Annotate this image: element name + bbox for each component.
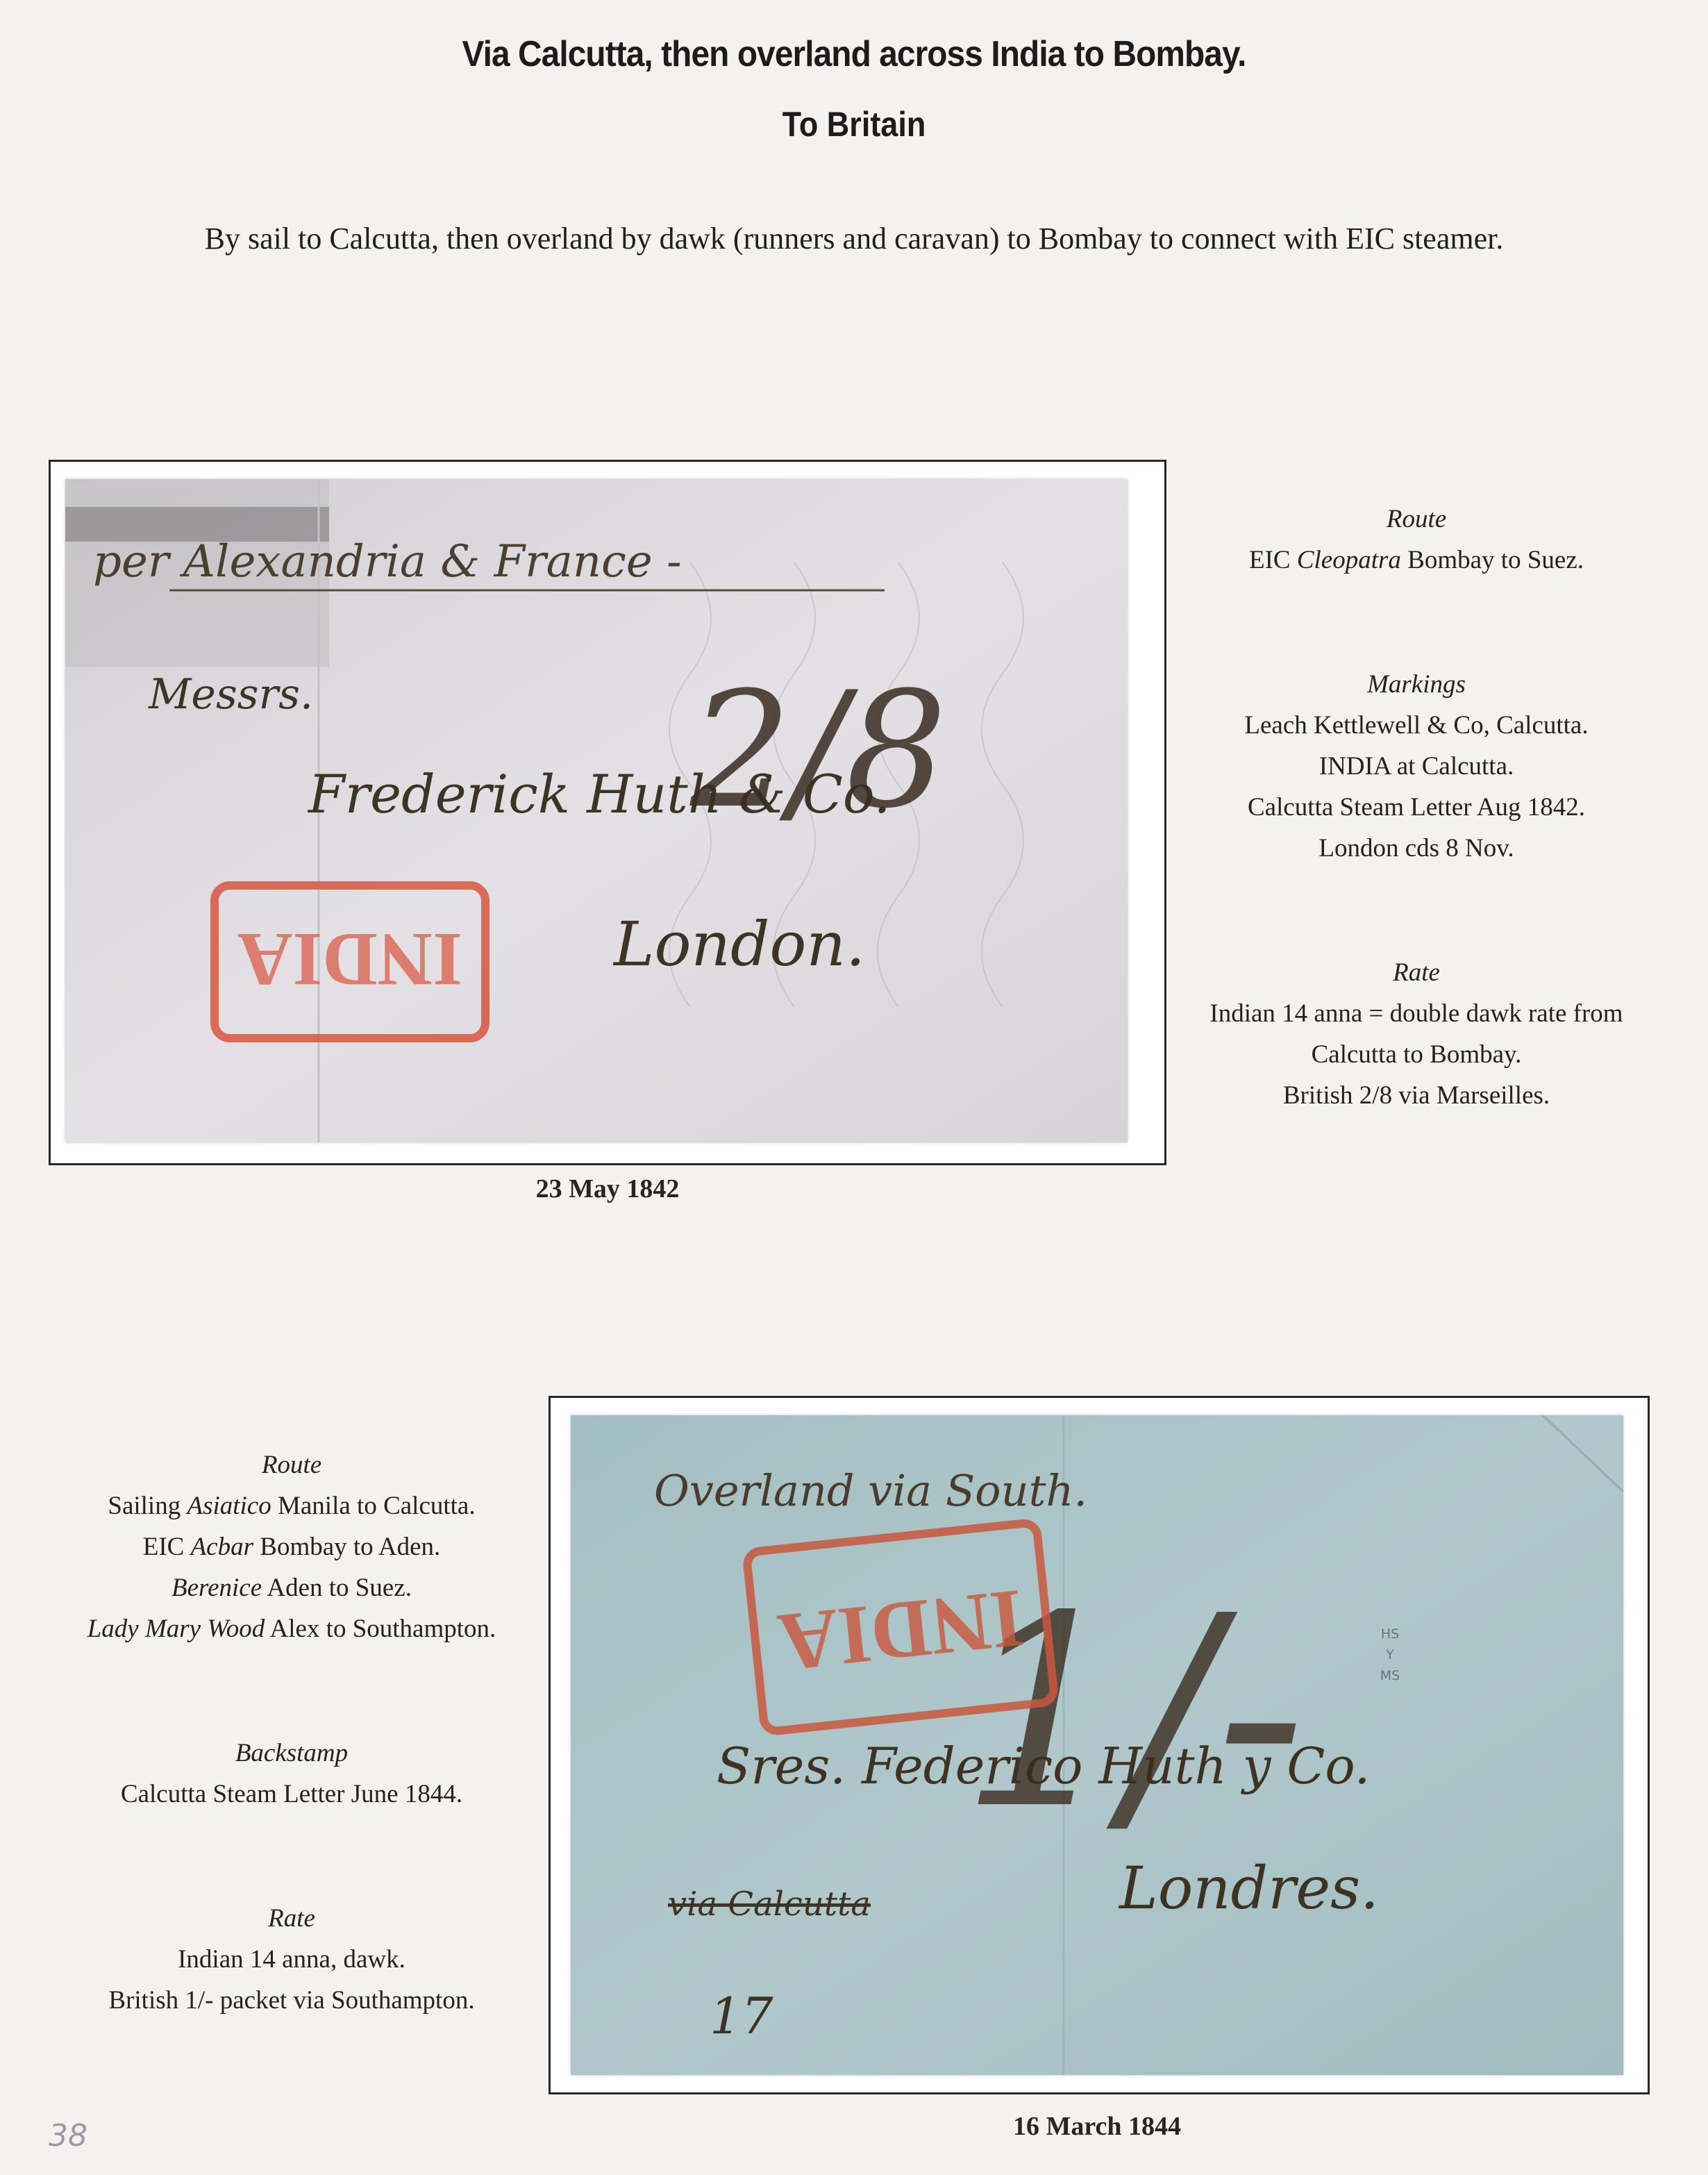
cover-1-image[interactable]: per Alexandria & France - Messrs. Freder…	[65, 479, 1128, 1142]
notes-text: Indian 14 anna, dawk.	[178, 1945, 405, 1974]
cover-1-artwork: per Alexandria & France - Messrs. Freder…	[65, 479, 1128, 1142]
svg-text:2/8: 2/8	[689, 658, 947, 844]
notes-text: INDIA at Calcutta.	[1319, 752, 1514, 781]
pencil-mark: MS	[1369, 1665, 1411, 1686]
notes-line: Calcutta to Bombay.	[1166, 1034, 1666, 1075]
cover-2-image[interactable]: Overland via South. 17 via Calcutta Sres…	[571, 1415, 1623, 2075]
notes-text: Calcutta Steam Letter June 1844.	[121, 1780, 462, 1808]
notes-line: Indian 14 anna = double dawk rate from	[1166, 993, 1666, 1034]
notes-heading-route: Route	[1166, 499, 1666, 540]
notes-line: EIC Acbar Bombay to Aden.	[42, 1526, 542, 1567]
page-number: 38	[49, 2118, 87, 2153]
cover-2-artwork: Overland via South. 17 via Calcutta Sres…	[571, 1415, 1623, 2075]
notes-line: Sailing Asiatico Manila to Calcutta.	[42, 1485, 542, 1526]
pencil-mark: Y	[1369, 1644, 1411, 1665]
notes-text: Sailing	[108, 1492, 187, 1520]
cover-2-date-caption: 16 March 1844	[903, 2111, 1291, 2142]
svg-text:Overland via South.: Overland via South.	[654, 1465, 1087, 1516]
notes-line: Lady Mary Wood Alex to Southampton.	[42, 1608, 542, 1649]
notes-line: Indian 14 anna, dawk.	[42, 1939, 542, 1980]
notes-heading-rate: Rate	[1166, 952, 1666, 993]
section-gap	[1166, 581, 1666, 664]
ship-name: Asiatico	[187, 1492, 271, 1520]
notes-text: Aden to Suez.	[262, 1574, 412, 1602]
notes-text: Leach Kettlewell & Co, Calcutta.	[1244, 711, 1588, 740]
notes-line: Calcutta Steam Letter Aug 1842.	[1166, 787, 1666, 828]
notes-text: Calcutta Steam Letter Aug 1842.	[1248, 793, 1585, 822]
notes-line: British 2/8 via Marseilles.	[1166, 1075, 1666, 1116]
page-title: Via Calcutta, then overland across India…	[68, 33, 1639, 75]
section-gap	[42, 1649, 542, 1733]
notes-line: Berenice Aden to Suez.	[42, 1567, 542, 1608]
ship-name: Acbar	[191, 1533, 253, 1561]
svg-text:INDIA: INDIA	[237, 917, 462, 1002]
notes-text: EIC	[143, 1533, 191, 1561]
notes-heading-backstamp: Backstamp	[42, 1733, 542, 1774]
section-gap	[1166, 869, 1666, 952]
notes-line: Calcutta Steam Letter June 1844.	[42, 1774, 542, 1815]
ship-name: Cleopatra	[1297, 546, 1401, 574]
svg-text:Messrs.: Messrs.	[148, 670, 313, 719]
notes-text: Alex to Southampton.	[265, 1615, 496, 1643]
notes-line: EIC Cleopatra Bombay to Suez.	[1166, 540, 1666, 581]
notes-text: Calcutta to Bombay.	[1312, 1040, 1522, 1069]
notes-text: British 1/- packet via Southampton.	[108, 1986, 474, 2015]
notes-text: EIC	[1249, 546, 1297, 574]
section-gap	[42, 1815, 542, 1898]
notes-heading-markings: Markings	[1166, 664, 1666, 705]
cover-1-date-caption: 23 May 1842	[417, 1174, 798, 1204]
notes-heading-route: Route	[42, 1444, 542, 1485]
svg-text:per Alexandria & France -: per Alexandria & France -	[93, 536, 682, 587]
svg-text:17: 17	[710, 1987, 773, 2045]
notes-text: Bombay to Aden.	[253, 1533, 440, 1561]
notes-line: British 1/- packet via Southampton.	[42, 1980, 542, 2021]
svg-text:London.: London.	[612, 908, 865, 980]
notes-line: INDIA at Calcutta.	[1166, 746, 1666, 787]
notes-text: Bombay to Suez.	[1401, 546, 1584, 574]
notes-text: British 2/8 via Marseilles.	[1283, 1081, 1550, 1110]
cover-2-pencil-notes: HSYMS	[1369, 1624, 1411, 1686]
page-subtitle: To Britain	[85, 104, 1623, 144]
notes-text: Indian 14 anna = double dawk rate from	[1209, 999, 1623, 1028]
intro-text: By sail to Calcutta, then overland by da…	[0, 221, 1708, 256]
notes-text: London cds 8 Nov.	[1318, 834, 1514, 862]
notes-line: London cds 8 Nov.	[1166, 828, 1666, 869]
notes-heading-rate: Rate	[42, 1898, 542, 1939]
ship-name: Lady Mary Wood	[87, 1615, 265, 1643]
notes-text: Manila to Calcutta.	[271, 1492, 476, 1520]
cover-2-notes: RouteSailing Asiatico Manila to Calcutta…	[42, 1444, 542, 2021]
ship-name: Berenice	[171, 1574, 262, 1602]
svg-text:via Calcutta: via Calcutta	[668, 1885, 871, 1924]
notes-line: Leach Kettlewell & Co, Calcutta.	[1166, 705, 1666, 746]
cover-1-notes: RouteEIC Cleopatra Bombay to Suez.Markin…	[1166, 499, 1666, 1116]
pencil-mark: HS	[1369, 1624, 1411, 1644]
